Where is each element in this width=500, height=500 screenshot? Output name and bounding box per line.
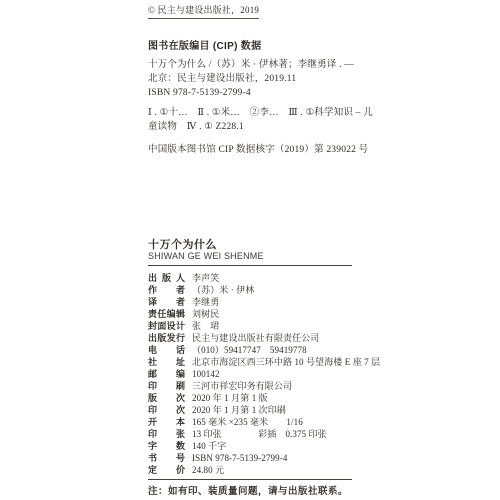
colophon-value: 24.80 元 <box>192 464 224 476</box>
cip-entry-line-3: ISBN 978-7-5139-2799-4 <box>148 86 354 100</box>
colophon-value: 民主与建设出版社有限责任公司 <box>192 332 319 344</box>
colophon-label: 邮编 <box>148 368 185 380</box>
colophon-value: 李继勇 <box>192 296 219 308</box>
colophon-row-edition: 版次 2020 年 1 月第 1 版 <box>148 392 388 404</box>
colophon-row-impression: 印次 2020 年 1 月第 1 次印刷 <box>148 404 388 416</box>
colophon-row-address: 社址 北京市海淀区西三环中路 10 号望海楼 E 座 7 层 <box>148 356 388 368</box>
colophon-value: ISBN 978-7-5139-2799-4 <box>192 452 287 464</box>
cip-classification-line-1: Ⅰ . ①十… Ⅱ . ①米… ②李… Ⅲ . ①科学知识 – 儿 <box>148 106 373 120</box>
colophon-label: 开本 <box>148 416 185 428</box>
cip-heading: 图书在版编目 (CIP) 数据 <box>148 37 261 52</box>
colophon-row-isbn: 书号 ISBN 978-7-5139-2799-4 <box>148 452 388 464</box>
colophon-value: 北京市海淀区西三环中路 10 号望海楼 E 座 7 层 <box>192 356 380 368</box>
colophon-row-cover-design: 封面设计 张 珺 <box>148 320 388 332</box>
cip-classification-line-2: 童读物 Ⅳ . ① Z228.1 <box>148 120 373 134</box>
colophon-label: 印次 <box>148 404 185 416</box>
book-copyright-page: © 民主与建设出版社，2019 图书在版编目 (CIP) 数据 十万个为什么 /… <box>0 0 500 500</box>
book-title-pinyin: SHIWAN GE WEI SHENME <box>148 251 264 261</box>
colophon-label: 电话 <box>148 344 185 356</box>
cip-entry-block: 十万个为什么 /（苏）米 · 伊林著；李继勇译 . — 北京：民主与建设出版社，… <box>148 58 354 100</box>
colophon-value: 张 珺 <box>192 320 219 332</box>
colophon-label: 印刷 <box>148 380 185 392</box>
colophon-row-price: 定价 24.80 元 <box>148 464 388 476</box>
cip-entry-line-1: 十万个为什么 /（苏）米 · 伊林著；李继勇译 . — <box>148 58 354 72</box>
colophon-value: 140 千字 <box>192 440 226 452</box>
divider-bottom <box>148 479 352 480</box>
colophon-value: 李声笑 <box>192 272 219 284</box>
colophon-value: 2020 年 1 月第 1 版 <box>192 392 268 404</box>
colophon-row-author: 作者 （苏）米 · 伊林 <box>148 284 388 296</box>
colophon-label: 书号 <box>148 452 185 464</box>
colophon-row-postcode: 邮编 100142 <box>148 368 388 380</box>
divider-top <box>148 265 352 266</box>
cip-record-number: 中国版本图书馆 CIP 数据核字（2019）第 239022 号 <box>148 141 368 155</box>
colophon-label: 出版发行 <box>148 332 185 344</box>
colophon-row-printer: 印刷 三河市祥宏印务有限公司 <box>148 380 388 392</box>
cip-classification-block: Ⅰ . ①十… Ⅱ . ①米… ②李… Ⅲ . ①科学知识 – 儿 童读物 Ⅳ … <box>148 106 373 134</box>
colophon-row-format: 开本 165 毫米 ×235 毫米 1/16 <box>148 416 388 428</box>
colophon-label: 作者 <box>148 284 185 296</box>
cip-entry-line-2: 北京：民主与建设出版社，2019.11 <box>148 72 354 86</box>
colophon-label: 印张 <box>148 428 185 440</box>
colophon-label: 封面设计 <box>148 320 185 332</box>
colophon-row-sheets: 印张 13 印张 彩插 0.375 印张 <box>148 428 388 440</box>
colophon-row-phone: 电话 （010）59417747 59419778 <box>148 344 388 356</box>
colophon-value: 2020 年 1 月第 1 次印刷 <box>192 404 286 416</box>
colophon-label: 社址 <box>148 356 185 368</box>
colophon-row-editor: 责任编辑 刘树民 <box>148 308 388 320</box>
colophon-label: 责任编辑 <box>148 308 185 320</box>
book-title: 十万个为什么 <box>148 236 217 252</box>
colophon-label: 字数 <box>148 440 185 452</box>
quality-note: 注：如有印、装质量问题，请与出版社联系。 <box>148 483 348 497</box>
colophon-value: 13 印张 彩插 0.375 印张 <box>192 428 327 440</box>
colophon-value: 刘树民 <box>192 308 219 320</box>
colophon-table: 出版人 李声笑 作者 （苏）米 · 伊林 译者 李继勇 责任编辑 刘树民 封面设… <box>148 272 388 476</box>
copyright-line: © 民主与建设出版社，2019 <box>148 4 259 19</box>
colophon-value: （苏）米 · 伊林 <box>192 284 254 296</box>
colophon-row-publisher-person: 出版人 李声笑 <box>148 272 388 284</box>
colophon-value: 三河市祥宏印务有限公司 <box>192 380 292 392</box>
colophon-label: 定价 <box>148 464 185 476</box>
colophon-value: 100142 <box>192 368 220 380</box>
colophon-row-translator: 译者 李继勇 <box>148 296 388 308</box>
colophon-row-publisher: 出版发行 民主与建设出版社有限责任公司 <box>148 332 388 344</box>
colophon-value: 165 毫米 ×235 毫米 1/16 <box>192 416 303 428</box>
colophon-value: （010）59417747 59419778 <box>192 344 307 356</box>
colophon-label: 译者 <box>148 296 185 308</box>
colophon-row-word-count: 字数 140 千字 <box>148 440 388 452</box>
colophon-label: 版次 <box>148 392 185 404</box>
colophon-label: 出版人 <box>148 272 185 284</box>
